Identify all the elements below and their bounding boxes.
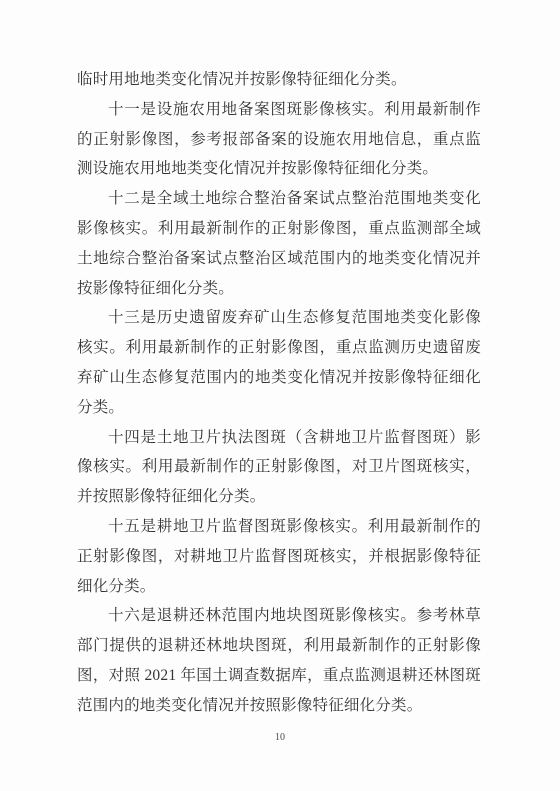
paragraph-3: 十二是全域土地综合整治备案试点整治范围地类变化影像核实。利用最新制作的正射影像图… (77, 184, 481, 303)
paragraph-7: 十六是退耕还林范围内地块图斑影像核实。参考林草部门提供的退耕还林地块图斑，利用最… (77, 601, 481, 720)
paragraph-4: 十三是历史遗留废弃矿山生态修复范围地类变化影像核实。利用最新制作的正射影像图，重… (77, 303, 481, 422)
paragraph-2: 十一是设施农用地备案图斑影像核实。利用最新制作的正射影像图，参考报部备案的设施农… (77, 95, 481, 184)
document-page: 临时用地地类变化情况并按影像特征细化分类。十一是设施农用地备案图斑影像核实。利用… (0, 0, 560, 791)
paragraph-1: 临时用地地类变化情况并按影像特征细化分类。 (77, 65, 481, 95)
paragraph-6: 十五是耕地卫片监督图斑影像核实。利用最新制作的正射影像图，对耕地卫片监督图斑核实… (77, 512, 481, 601)
page-number: 10 (0, 732, 560, 743)
paragraph-5: 十四是土地卫片执法图斑（含耕地卫片监督图斑）影像核实。利用最新制作的正射影像图，… (77, 423, 481, 512)
document-body: 临时用地地类变化情况并按影像特征细化分类。十一是设施农用地备案图斑影像核实。利用… (77, 65, 481, 721)
